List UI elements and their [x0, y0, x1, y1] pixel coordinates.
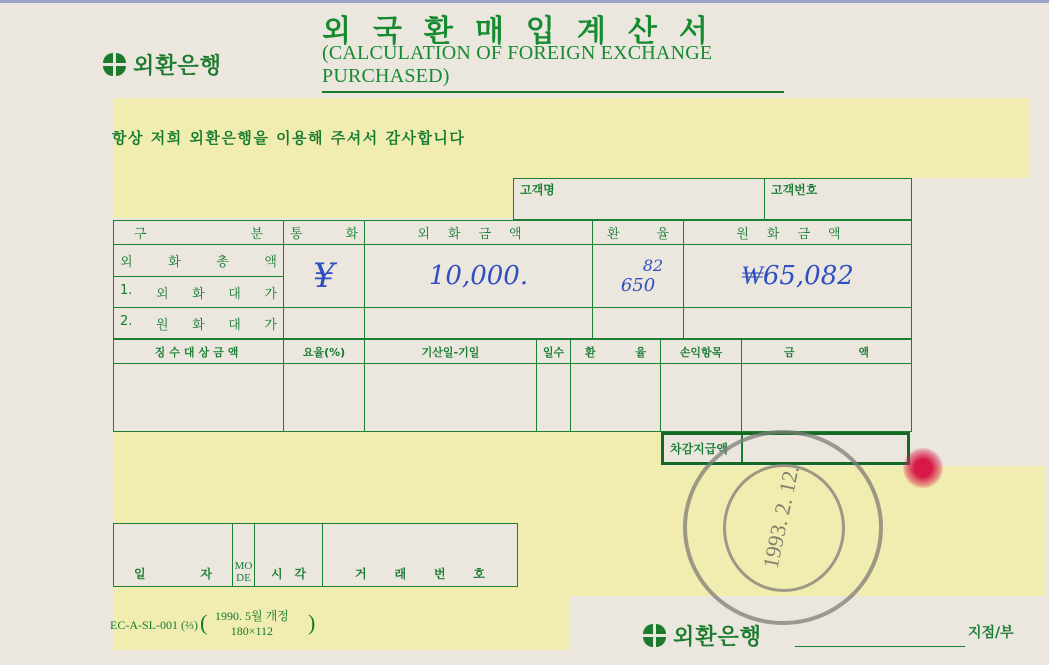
krw-amount-cell[interactable]: ₩65,082 — [684, 245, 912, 308]
bank-emblem-icon — [643, 624, 667, 648]
red-seal-icon — [903, 447, 943, 489]
exchange-calculation-form: 외환은행 외국환매입계산서 (CALCULATION OF FOREIGN EX… — [0, 0, 1049, 665]
form-code: EC-A-SL-001 (⅔) — [110, 618, 198, 633]
highlight-band-top-left — [113, 178, 513, 218]
scan-edge — [0, 0, 1049, 3]
exchange-table: 구분 통화 외화금액 환율 원화금액 외화총액 ¥ 10,000. 82 650… — [113, 220, 912, 339]
revision-date: 1990. 5월 개정 — [215, 609, 289, 624]
customer-name-field[interactable]: 고객명 — [514, 179, 765, 220]
bank-logo: 외환은행 — [103, 49, 222, 80]
bank-emblem-icon — [103, 53, 127, 77]
fee-table: 징수대상금액 요율(%) 기산일-기일 일수 환율 손익항목 금액 — [113, 339, 912, 432]
header-pl-item: 손익항목 — [661, 340, 742, 364]
record-table: 일자 MODE 시각 거래번호 — [113, 523, 518, 587]
footer-bank-logo: 외환은행 — [643, 620, 762, 651]
customer-name-label: 고객명 — [520, 183, 555, 197]
header-fx-amount: 외화금액 — [365, 221, 593, 245]
header-rate-percent: 요율(%) — [284, 340, 365, 364]
header-days: 일수 — [537, 340, 571, 364]
table-row — [114, 364, 912, 432]
customer-number-label: 고객번호 — [771, 183, 817, 197]
customer-number-field[interactable]: 고객번호 — [765, 179, 912, 220]
paren-close: ) — [308, 610, 315, 636]
branch-name-line[interactable] — [795, 646, 965, 647]
branch-label: 지점/부 — [968, 622, 1014, 642]
paren-open: ( — [200, 610, 207, 636]
header-period: 기산일-기일 — [365, 340, 537, 364]
revision-block: 1990. 5월 개정 180×112 — [215, 609, 289, 639]
greeting-text: 항상 저희 외환은행을 이용해 주셔서 감사합니다 — [112, 127, 465, 148]
bank-date-stamp: 1993. 2. 12. — [683, 430, 883, 625]
table-row: 2.원화대가 — [114, 308, 912, 339]
highlight-band-mid — [113, 432, 661, 468]
rate-cell[interactable]: 82 650 — [593, 245, 684, 308]
currency-cell[interactable]: ¥ — [284, 245, 365, 308]
customer-box: 고객명 고객번호 — [513, 178, 912, 220]
table-row: 외화총액 ¥ 10,000. 82 650 ₩65,082 — [114, 245, 912, 277]
bank-name: 외환은행 — [133, 49, 222, 80]
fx-amount-cell[interactable]: 10,000. — [365, 245, 593, 308]
title-english: (CALCULATION OF FOREIGN EXCHANGE PURCHAS… — [322, 42, 784, 93]
header-collection-base: 징수대상금액 — [114, 340, 284, 364]
form-size: 180×112 — [215, 624, 289, 639]
header-krw-amount: 원화금액 — [684, 221, 912, 245]
footer-bank-name: 외환은행 — [673, 620, 762, 651]
